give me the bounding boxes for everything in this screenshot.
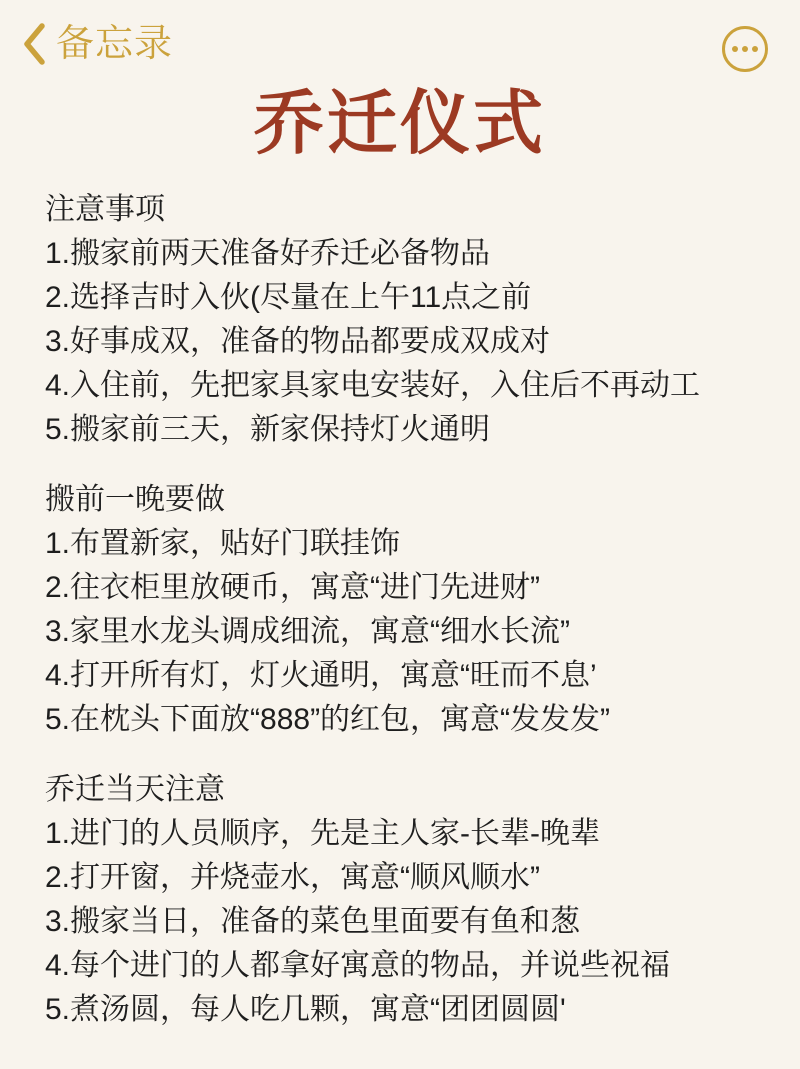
note-line: 2.选择吉时入伙(尽量在上午11点之前 (45, 276, 764, 320)
chevron-left-icon (22, 22, 46, 66)
note-line: 4.入住前，先把家具家电安装好，入住后不再动工 (45, 364, 764, 408)
section-moving-day: 乔迁当天注意 1.进门的人员顺序，先是主人家-长辈-晚辈 2.打开窗，并烧壶水，… (45, 768, 764, 1032)
section-heading: 搬前一晚要做 (45, 478, 764, 522)
note-line: 2.往衣柜里放硬币，寓意“进门先进财” (45, 566, 764, 610)
note-line: 5.在枕头下面放“888”的红包，寓意“发发发” (45, 698, 764, 742)
note-line: 2.打开窗，并烧壶水，寓意“顺风顺水” (45, 856, 764, 900)
more-options-button[interactable] (722, 26, 768, 72)
note-line: 3.家里水龙头调成细流，寓意“细水长流” (45, 610, 764, 654)
note-line: 3.搬家当日，准备的菜色里面要有鱼和葱 (45, 900, 764, 944)
note-line: 4.每个进门的人都拿好寓意的物品，并说些祝福 (45, 944, 764, 988)
note-content[interactable]: 乔迁仪式 注意事项 1.搬家前两天准备好乔迁必备物品 2.选择吉时入伙(尽量在上… (0, 84, 800, 1032)
note-title: 乔迁仪式 (0, 84, 800, 162)
section-night-before: 搬前一晚要做 1.布置新家，贴好门联挂饰 2.往衣柜里放硬币，寓意“进门先进财”… (45, 478, 764, 742)
navbar: 备忘录 (0, 0, 800, 78)
section-heading: 乔迁当天注意 (45, 768, 764, 812)
ellipsis-icon (732, 46, 758, 52)
note-line: 3.好事成双，准备的物品都要成双成对 (45, 320, 764, 364)
section-precautions: 注意事项 1.搬家前两天准备好乔迁必备物品 2.选择吉时入伙(尽量在上午11点之… (45, 188, 764, 452)
note-line: 1.进门的人员顺序，先是主人家-长辈-晚辈 (45, 812, 764, 856)
note-line: 1.布置新家，贴好门联挂饰 (45, 522, 764, 566)
note-line: 5.搬家前三天，新家保持灯火通明 (45, 408, 764, 452)
note-line: 5.煮汤圆，每人吃几颗，寓意“团团圆圆' (45, 988, 764, 1032)
note-line: 4.打开所有灯，灯火通明，寓意“旺而不息’ (45, 654, 764, 698)
back-button-label: 备忘录 (56, 22, 173, 66)
note-line: 1.搬家前两天准备好乔迁必备物品 (45, 232, 764, 276)
note-body: 注意事项 1.搬家前两天准备好乔迁必备物品 2.选择吉时入伙(尽量在上午11点之… (0, 188, 800, 1032)
back-button[interactable]: 备忘录 (22, 22, 173, 66)
section-heading: 注意事项 (45, 188, 764, 232)
